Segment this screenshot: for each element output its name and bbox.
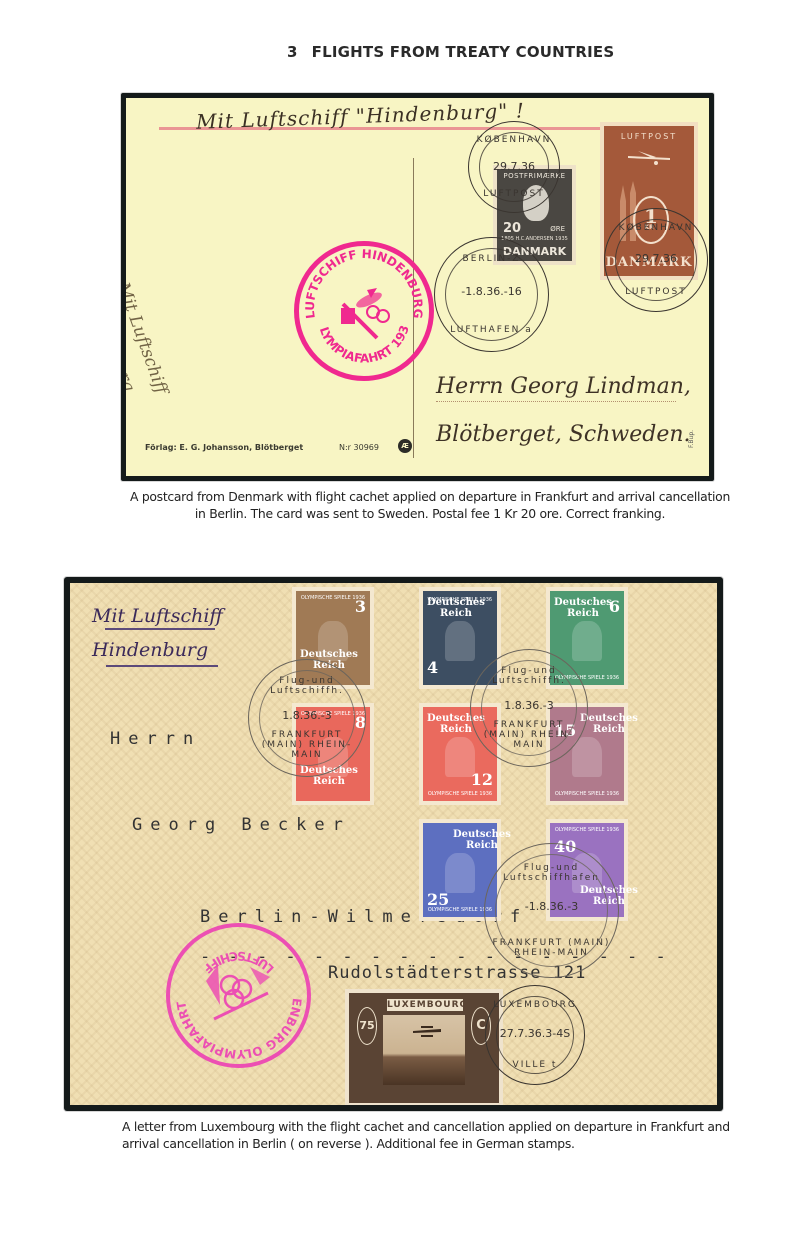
country-label: DeutschesReich [580, 713, 638, 735]
letter-image: Mit Luftschiff Hindenburg Herrn Georg Be… [64, 577, 723, 1111]
berlin-postmark: BERLIN-Z -1.8.36.-16 LUFTHAFEN a [434, 237, 549, 352]
airplane-icon [626, 148, 674, 166]
recipient-address: Herrn Georg Lindman, Blötberget, Schwede… [436, 363, 691, 459]
card-number: N:r 30969 [339, 443, 379, 452]
publisher-imprint: Förlag: E. G. Johansson, Blötberget [145, 443, 303, 452]
stamp-value: 4 [427, 658, 438, 677]
copenhagen-postmark: KØBENHAVN 29.7.36 LUFTPOST [468, 121, 560, 213]
games-label: OLYMPISCHE SPIELE 1936 [550, 791, 624, 797]
games-label: OLYMPISCHE SPIELE 1936 [423, 791, 497, 797]
games-label: OLYMPISCHE SPIELE 1936 [550, 827, 624, 833]
handwritten-message: Mit Luftschiff Hindenburg zu Berlin [126, 278, 176, 419]
stamp-value: 6 [609, 597, 620, 616]
address-line [436, 401, 676, 402]
country-label: DeutschesReich [427, 597, 485, 619]
frankfurt-postmark: Flug-und Luftschiffh. 1.8.36.-3 FRANKFUR… [470, 649, 588, 767]
section-title: FLIGHTS FROM TREATY COUNTRIES [312, 43, 615, 61]
luxembourg-airmail-stamp: LUXEMBOURG 75 C [349, 993, 499, 1103]
country-label: DeutschesReich [554, 597, 612, 619]
zeppelin-cachet: LUFTSCHIFF HINDENBURG OLYMPIAFAHRT 1936 [294, 241, 434, 381]
stamp-value: 3 [355, 597, 366, 616]
publisher-logo-icon: Æ [398, 439, 412, 453]
zeppelin-emblem-icon [337, 286, 397, 342]
svg-text:LUFTSCHIFF: LUFTSCHIFF [200, 949, 277, 976]
olympic-rings-emblem-icon [206, 965, 270, 1019]
stamp-value: 25 [427, 890, 449, 909]
typed-salutation: Herrn [110, 729, 201, 749]
postcard-caption: A postcard from Denmark with flight cach… [130, 488, 730, 522]
endorsement-underline [106, 665, 218, 667]
envelope-surface: Mit Luftschiff Hindenburg Herrn Georg Be… [70, 583, 717, 1105]
handwritten-endorsement: Mit Luftschiff Hindenburg [92, 599, 223, 667]
endorsement-underline [105, 628, 215, 630]
country-label: DeutschesReich [453, 829, 511, 851]
biplane-icon [411, 1023, 445, 1039]
postcard-surface: Mit Luftschiff "Hindenburg" ! Mit Luftsc… [126, 98, 709, 476]
cachet-ring-text: HINDENBURG OLYMPIAFAHRT 1936 LUFTSCHIFF [170, 927, 307, 1064]
printer-mark: F.Bup. [688, 430, 695, 448]
postcard-image: Mit Luftschiff "Hindenburg" ! Mit Luftsc… [121, 93, 714, 481]
athlete-figure-icon [572, 621, 602, 661]
athlete-figure-icon [445, 853, 475, 893]
luxembourg-postmark: LUXEMBOURG 27.7.36.3-4S VILLE t [485, 985, 585, 1085]
copenhagen-airmail-postmark: KØBENHAVN 29.7.36 LUFTPOST [604, 208, 708, 312]
letter-caption: A letter from Luxembourg with the flight… [122, 1118, 742, 1152]
zeppelin-cachet: HINDENBURG OLYMPIAFAHRT 1936 LUFTSCHIFF [166, 923, 311, 1068]
typed-name: Georg Becker [132, 815, 351, 835]
section-number: 3 [287, 43, 298, 61]
athlete-figure-icon [445, 621, 475, 661]
frankfurt-postmark: Flug-und Luftschiffh. 1.8.36.-3 FRANKFUR… [248, 659, 366, 777]
section-heading: 3FLIGHTS FROM TREATY COUNTRIES [287, 43, 614, 61]
frankfurt-postmark: Flug-und Luftschiffhafen -1.8.36.-3 FRAN… [484, 843, 619, 978]
stamp-value: 12 [471, 770, 493, 789]
